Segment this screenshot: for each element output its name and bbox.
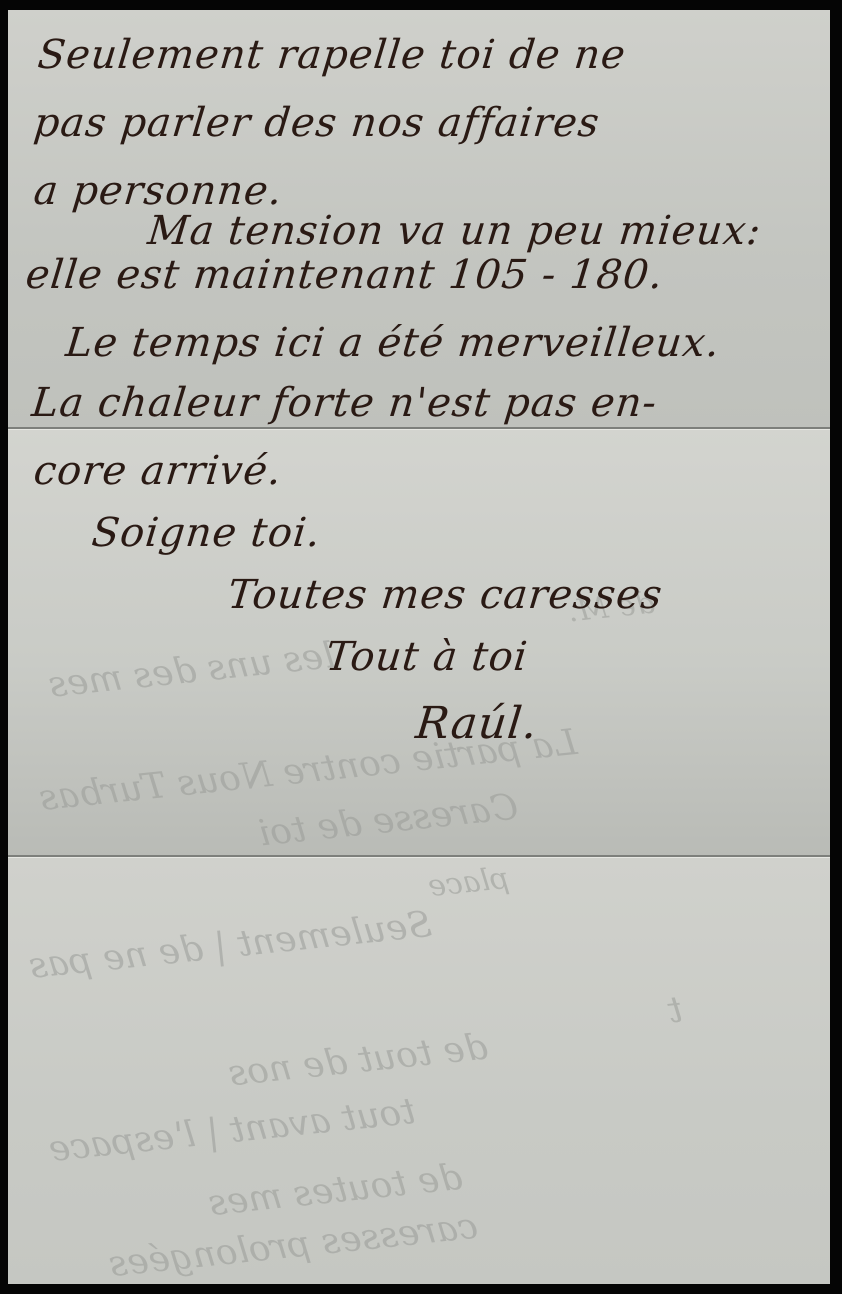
letter-page: de M. les uns des mes La partie contre N…	[8, 10, 830, 1284]
closing-line: Toutes mes caresses	[226, 572, 665, 618]
closing-line: Tout à toi	[324, 634, 531, 680]
fold-crease	[8, 427, 830, 429]
letter-line: Seulement rapelle toi de ne	[36, 32, 629, 78]
letter-line: Soigne toi.	[90, 510, 324, 556]
letter-line: elle est maintenant 105 - 180.	[24, 252, 666, 298]
letter-line: La chaleur forte n'est pas en-	[30, 380, 660, 426]
signature: Raúl.	[413, 698, 540, 749]
letter-line: core arrivé.	[32, 448, 285, 494]
fold-crease	[8, 855, 830, 857]
letter-line: Le temps ici a été merveilleux.	[64, 320, 723, 366]
letter-line: pas parler des nos affaires	[32, 100, 602, 146]
letter-line: Ma tension va un peu mieux:	[146, 208, 764, 254]
